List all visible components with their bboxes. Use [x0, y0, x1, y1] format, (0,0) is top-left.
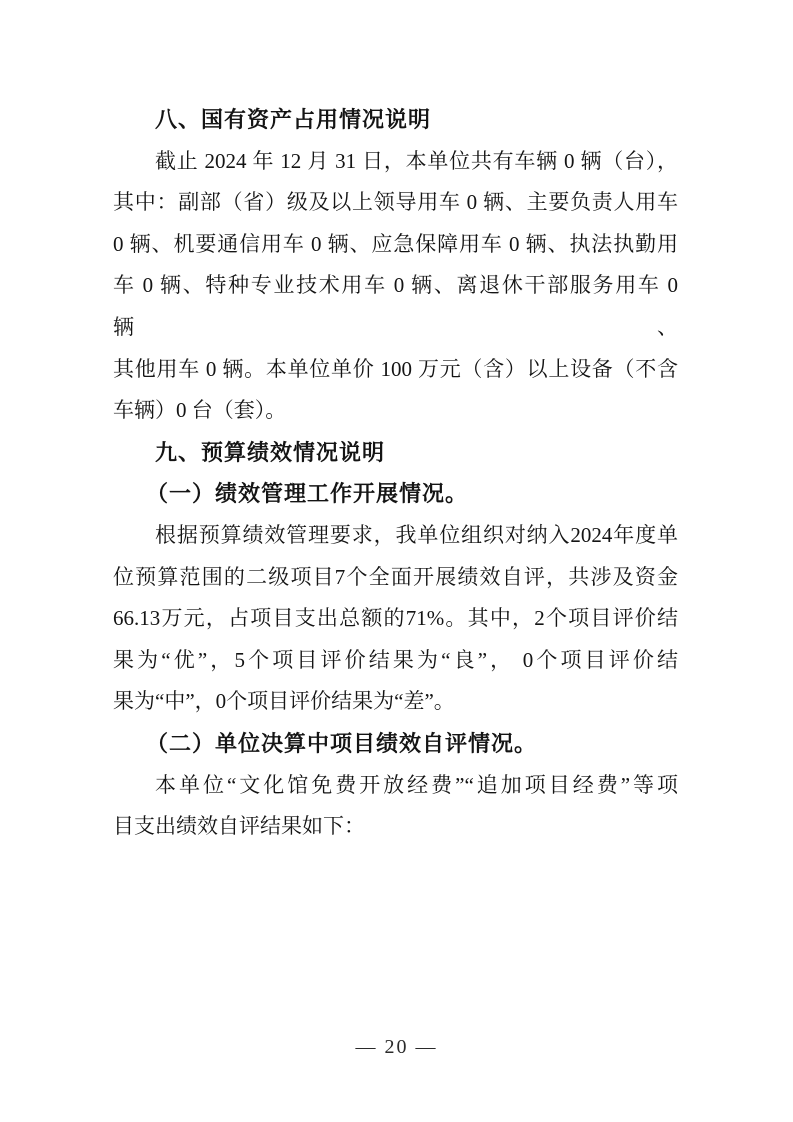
- section-heading: 八、国有资产占用情况说明: [113, 99, 678, 141]
- paragraph-line: 根据预算绩效管理要求，我单位组织对纳入2024年度单: [113, 515, 678, 557]
- paragraph-line: 截止 2024 年 12 月 31 日，本单位共有车辆 0 辆（台），: [113, 141, 678, 183]
- sub-heading: （一）绩效管理工作开展情况。: [113, 473, 678, 515]
- paragraph-line: 66.13万元，占项目支出总额的71%。其中，2个项目评价结: [113, 598, 678, 640]
- document-page: 八、国有资产占用情况说明截止 2024 年 12 月 31 日，本单位共有车辆 …: [0, 0, 793, 1122]
- page-number: — 20 —: [356, 1036, 438, 1058]
- paragraph-line: 本单位“文化馆免费开放经费”“追加项目经费”等项: [113, 765, 678, 807]
- paragraph: 截止 2024 年 12 月 31 日，本单位共有车辆 0 辆（台），其中：副部…: [113, 141, 678, 432]
- page-footer: — 20 —: [0, 1036, 793, 1059]
- paragraph-line: 车 0 辆、特种专业技术用车 0 辆、离退休干部服务用车 0 辆、: [113, 265, 678, 348]
- sub-heading: （二）单位决算中项目绩效自评情况。: [113, 723, 678, 765]
- paragraph: 根据预算绩效管理要求，我单位组织对纳入2024年度单位预算范围的二级项目7个全面…: [113, 515, 678, 723]
- paragraph-line: 其中：副部（省）级及以上领导用车 0 辆、主要负责人用车: [113, 182, 678, 224]
- paragraph-line: 果为“中”，0个项目评价结果为“差”。: [113, 681, 678, 723]
- paragraph-line: 位预算范围的二级项目7个全面开展绩效自评，共涉及资金: [113, 557, 678, 599]
- section-heading: 九、预算绩效情况说明: [113, 432, 678, 474]
- paragraph-line: 0 辆、机要通信用车 0 辆、应急保障用车 0 辆、执法执勤用: [113, 224, 678, 266]
- paragraph-line: 车辆）0 台（套）。: [113, 390, 678, 432]
- document-body: 八、国有资产占用情况说明截止 2024 年 12 月 31 日，本单位共有车辆 …: [113, 99, 678, 848]
- paragraph-line: 其他用车 0 辆。本单位单价 100 万元（含）以上设备（不含: [113, 349, 678, 391]
- paragraph-line: 目支出绩效自评结果如下：: [113, 806, 678, 848]
- paragraph-line: 果为“优”，5个项目评价结果为“良”， 0个项目评价结: [113, 640, 678, 682]
- paragraph: 本单位“文化馆免费开放经费”“追加项目经费”等项目支出绩效自评结果如下：: [113, 765, 678, 848]
